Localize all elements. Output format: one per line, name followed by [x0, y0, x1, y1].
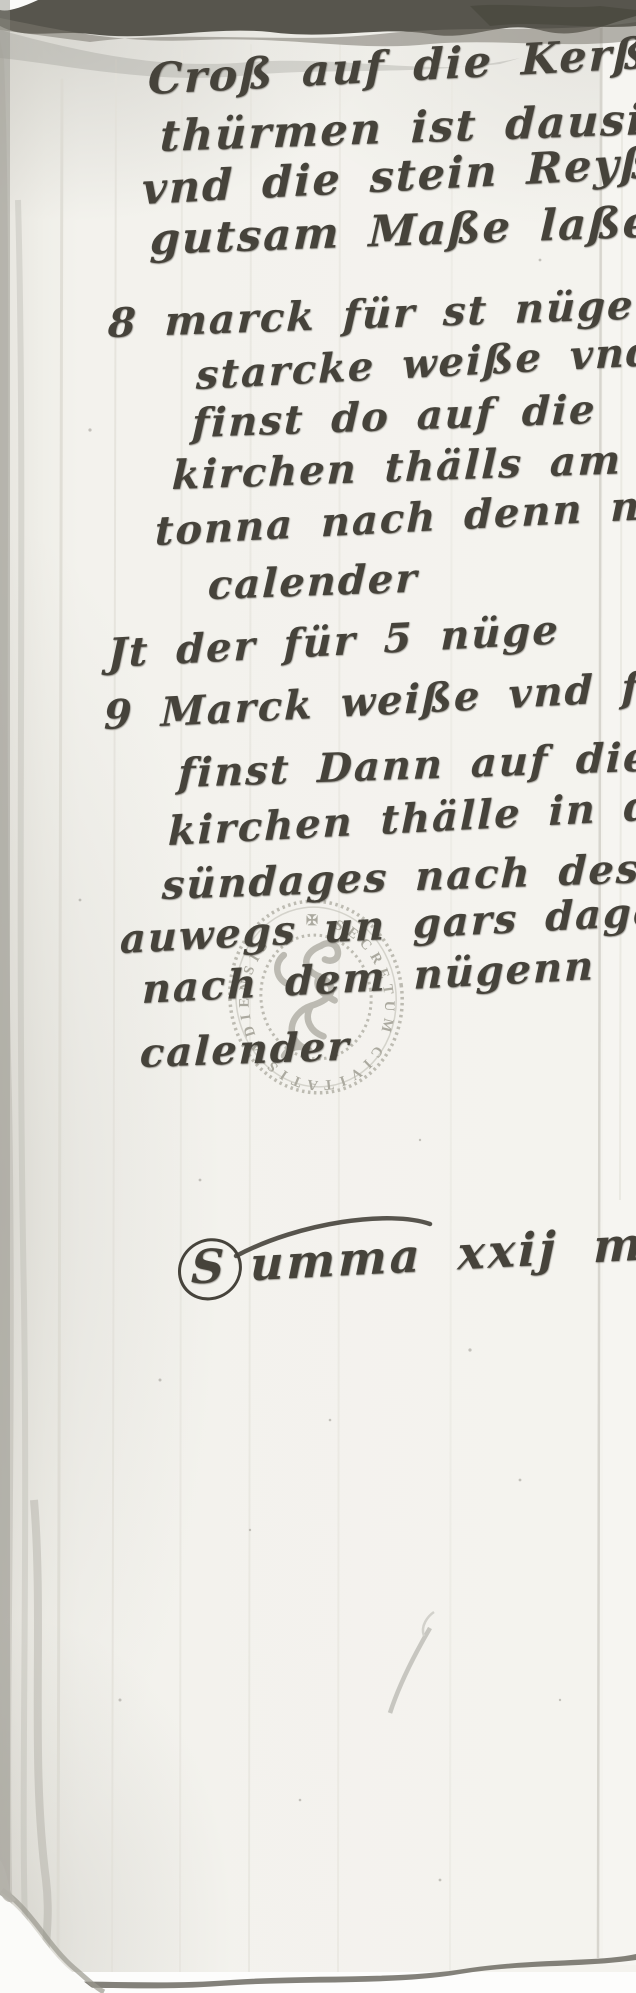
summa-circled-initial: S — [177, 1237, 242, 1303]
slash-mark — [390, 1612, 434, 1713]
manuscript-page: ✠ SECRETUM CIVITATIS ADIENSIS — [0, 0, 636, 1993]
handwriting-line-p2-6: calender — [207, 555, 419, 609]
left-edge — [0, 0, 48, 1993]
bottom-edge — [0, 1860, 636, 1993]
handwriting-line-p3-8: calender — [139, 1023, 351, 1077]
